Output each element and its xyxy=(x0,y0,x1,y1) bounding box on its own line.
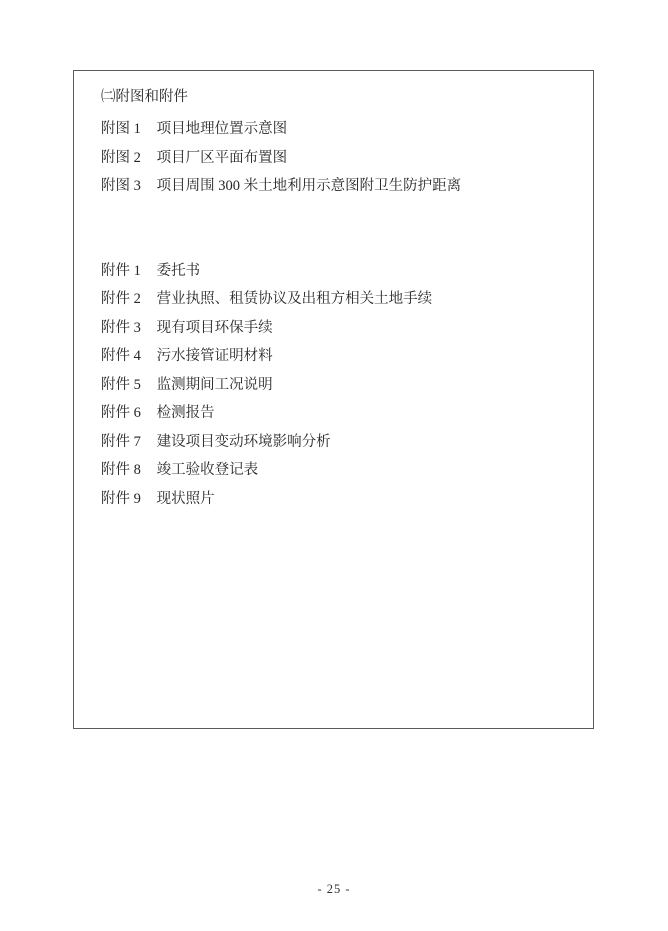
figure-list-item: 附图 2 项目厂区平面布置图 xyxy=(101,144,573,173)
attachment-label: 附件 9 xyxy=(101,485,153,514)
figure-label: 附图 2 xyxy=(101,144,153,173)
attachment-label: 附件 7 xyxy=(101,428,153,457)
attachment-title: 营业执照、租赁协议及出租方相关土地手续 xyxy=(157,285,433,314)
page-number: - 25 - xyxy=(0,882,668,897)
attachments-box: ㈡附图和附件 附图 1 项目地理位置示意图 附图 2 项目厂区平面布置图 附图 … xyxy=(73,70,594,729)
attachment-title: 竣工验收登记表 xyxy=(157,456,259,485)
attachment-title: 污水接管证明材料 xyxy=(157,342,273,371)
attachment-title: 建设项目变动环境影响分析 xyxy=(157,428,331,457)
attachment-label: 附件 8 xyxy=(101,456,153,485)
figure-title: 项目周围 300 米土地利用示意图附卫生防护距离 xyxy=(157,172,462,201)
attachment-label: 附件 1 xyxy=(101,257,153,286)
figure-title: 项目厂区平面布置图 xyxy=(157,144,288,173)
document-page: ㈡附图和附件 附图 1 项目地理位置示意图 附图 2 项目厂区平面布置图 附图 … xyxy=(0,0,668,931)
attachment-title: 现有项目环保手续 xyxy=(157,314,273,343)
attachment-title: 监测期间工况说明 xyxy=(157,371,273,400)
list-spacer xyxy=(101,201,573,257)
attachment-label: 附件 6 xyxy=(101,399,153,428)
attachment-title: 检测报告 xyxy=(157,399,215,428)
attachment-list-item: 附件 6 检测报告 xyxy=(101,399,573,428)
attachment-label: 附件 4 xyxy=(101,342,153,371)
attachment-list-item: 附件 3 现有项目环保手续 xyxy=(101,314,573,343)
figure-label: 附图 1 xyxy=(101,115,153,144)
attachment-label: 附件 3 xyxy=(101,314,153,343)
attachment-label: 附件 2 xyxy=(101,285,153,314)
attachment-list-item: 附件 7 建设项目变动环境影响分析 xyxy=(101,428,573,457)
figure-label: 附图 3 xyxy=(101,172,153,201)
attachment-list-item: 附件 1 委托书 xyxy=(101,257,573,286)
figure-title: 项目地理位置示意图 xyxy=(157,115,288,144)
attachment-label: 附件 5 xyxy=(101,371,153,400)
attachment-list-item: 附件 4 污水接管证明材料 xyxy=(101,342,573,371)
figure-list-item: 附图 1 项目地理位置示意图 xyxy=(101,115,573,144)
section-heading: ㈡附图和附件 xyxy=(101,83,573,112)
attachment-title: 现状照片 xyxy=(157,485,215,514)
figure-list-item: 附图 3 项目周围 300 米土地利用示意图附卫生防护距离 xyxy=(101,172,573,201)
attachment-title: 委托书 xyxy=(157,257,201,286)
attachment-list-item: 附件 2 营业执照、租赁协议及出租方相关土地手续 xyxy=(101,285,573,314)
attachment-list-item: 附件 9 现状照片 xyxy=(101,485,573,514)
attachment-list-item: 附件 8 竣工验收登记表 xyxy=(101,456,573,485)
attachment-list-item: 附件 5 监测期间工况说明 xyxy=(101,371,573,400)
